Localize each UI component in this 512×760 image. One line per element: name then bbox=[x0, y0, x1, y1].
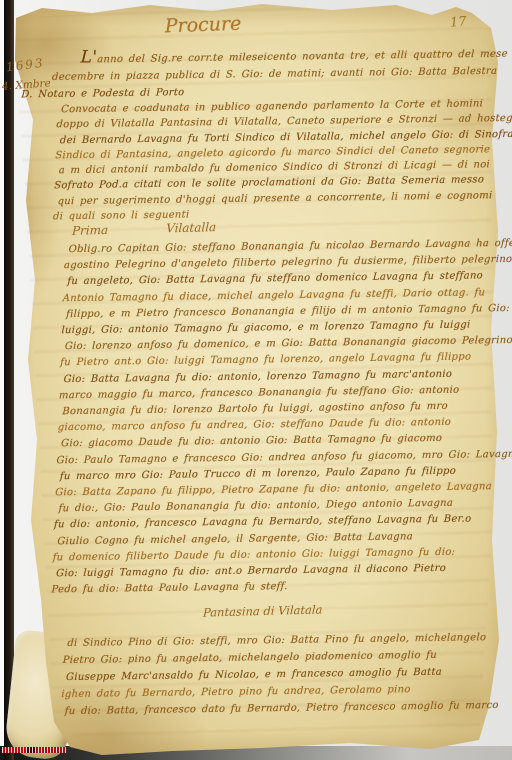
section-label: Prima bbox=[72, 223, 109, 238]
folio-number: 17 bbox=[449, 14, 467, 30]
header-gap bbox=[108, 232, 166, 234]
manuscript-photo: Procure 17 1693 4. Xmbre L'anno del Sig.… bbox=[0, 0, 512, 760]
section-header-pantasina: Pantasina di Vilatala bbox=[203, 602, 323, 619]
convocation-paragraph: Convocata e coadunata in publico aganend… bbox=[53, 96, 512, 225]
villatalla-names-paragraph: Oblig.ro Capitan Gio: steffano Bonanangi… bbox=[51, 236, 512, 599]
opening-paragraph: L'anno del Sig.re corr.te mileseicento n… bbox=[17, 44, 508, 104]
pantasina-names-paragraph: di Sindico Pino di Gio: steffi, mro Gio:… bbox=[60, 629, 501, 720]
section-header-villatalla: PrimaVilatalla bbox=[72, 220, 217, 238]
handwriting-layer: Procure 17 1693 4. Xmbre L'anno del Sig.… bbox=[0, 0, 512, 760]
archive-watermark-strip bbox=[2, 747, 66, 753]
section-label: Vilatalla bbox=[166, 220, 217, 235]
page-title: Procure bbox=[133, 12, 274, 39]
